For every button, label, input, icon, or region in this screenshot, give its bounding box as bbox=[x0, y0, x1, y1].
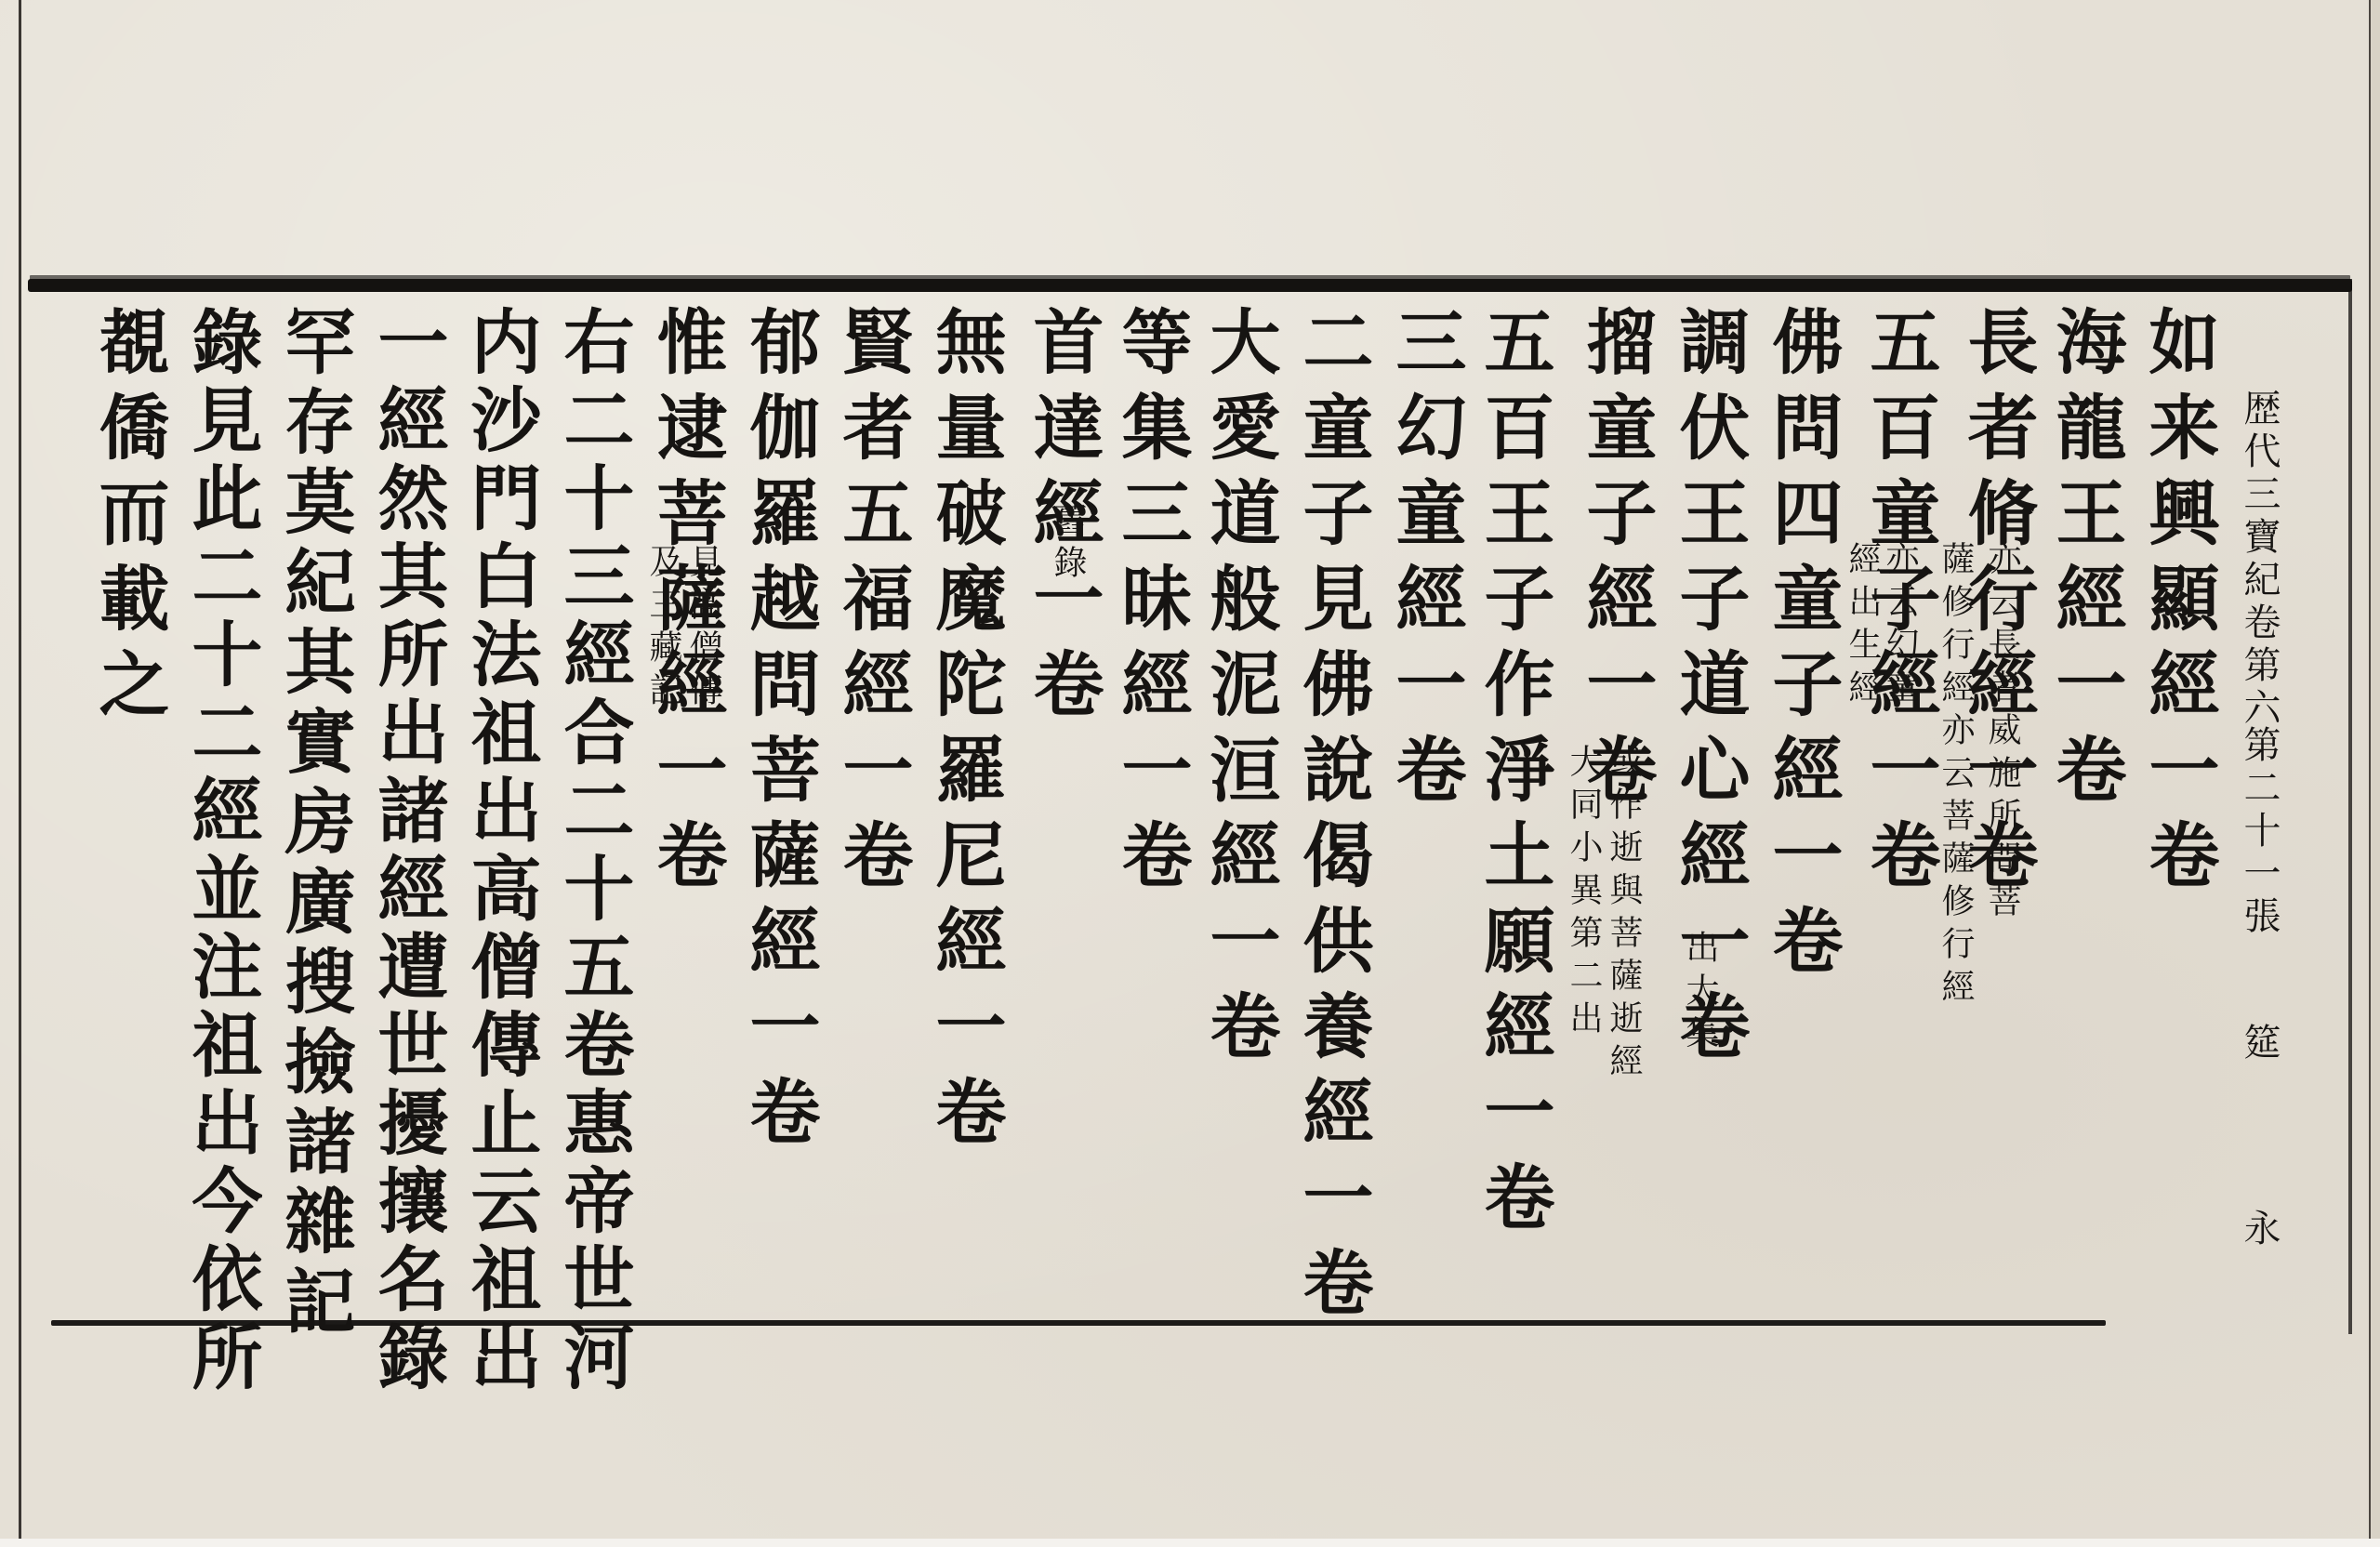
text-column-20: 一經然其所出諸經遭世擾攘名錄 bbox=[372, 305, 443, 1398]
page-right-edge bbox=[2369, 0, 2371, 1547]
annotation-4a: 亦云幻童 bbox=[1883, 541, 1916, 712]
annotation-3b: 薩修行經亦云菩薩修行經 bbox=[1938, 541, 1972, 1011]
text-column-22: 錄見此二十二經並注祖出今依所 bbox=[186, 305, 257, 1398]
text-column-8: 五百王子作淨土願經一卷 bbox=[1478, 305, 1549, 1246]
scan-bottom-edge bbox=[0, 1539, 2380, 1547]
text-column-2: 海龍王經一卷 bbox=[2050, 305, 2121, 818]
text-column-15: 賢者五福經一卷 bbox=[837, 305, 907, 904]
annotation-4b: 經出生經 bbox=[1845, 541, 1879, 712]
frame-bottom-rule bbox=[51, 1320, 2106, 1326]
text-column-5: 佛問四童子經一卷 bbox=[1766, 305, 1837, 989]
annotation-7b: 大同小異第二出 bbox=[1567, 744, 1600, 1043]
frame-top-rule bbox=[28, 279, 2352, 292]
annotation-17a: 見高僧傳 bbox=[686, 544, 720, 715]
annotation-3a: 亦云長者威施所問菩 bbox=[1985, 541, 2018, 926]
annotation-17b: 及三藏記 bbox=[646, 544, 680, 715]
margin-mark-2: 永 bbox=[2241, 1209, 2278, 1251]
text-column-21: 罕存莫紀其實房廣搜撿諸雜記 bbox=[279, 305, 350, 1344]
margin-title: 歴代三寶紀卷第六 bbox=[2241, 389, 2278, 731]
text-column-1: 如来興顯經一卷 bbox=[2143, 305, 2214, 904]
text-column-19: 内沙門白法祖出高僧傳止云祖出 bbox=[465, 305, 535, 1398]
text-column-7: 㨨童子經一卷 bbox=[1580, 305, 1651, 818]
text-column-11: 大愛道般泥洹經一卷 bbox=[1204, 305, 1275, 1075]
text-column-16: 郁伽羅越問菩薩經一卷 bbox=[744, 305, 814, 1160]
page-left-border bbox=[19, 0, 21, 1547]
text-column-23: 覩僑而載之 bbox=[93, 305, 164, 733]
annotation-13: 舊錄 bbox=[1051, 502, 1084, 588]
text-column-14: 無量破魔陀羅尼經一卷 bbox=[930, 305, 1000, 1160]
margin-mark-1: 筵 bbox=[2241, 1023, 2278, 1065]
text-column-12: 等集三昧經一卷 bbox=[1116, 305, 1186, 904]
text-column-18: 右二十三經合二十五卷惠帝世河 bbox=[558, 305, 628, 1398]
text-column-9: 三幻童經一卷 bbox=[1390, 305, 1461, 818]
annotation-7a: 或作逝與菩薩逝經 bbox=[1606, 744, 1640, 1086]
text-column-10: 二童子見佛說偈供養經一卷 bbox=[1297, 305, 1368, 1331]
frame-right-border bbox=[2348, 279, 2352, 1334]
margin-leaf-number: 第二十一張 bbox=[2241, 725, 2278, 939]
annotation-6: 出大集 bbox=[1683, 930, 1716, 1058]
page-gutter bbox=[2371, 0, 2380, 1547]
